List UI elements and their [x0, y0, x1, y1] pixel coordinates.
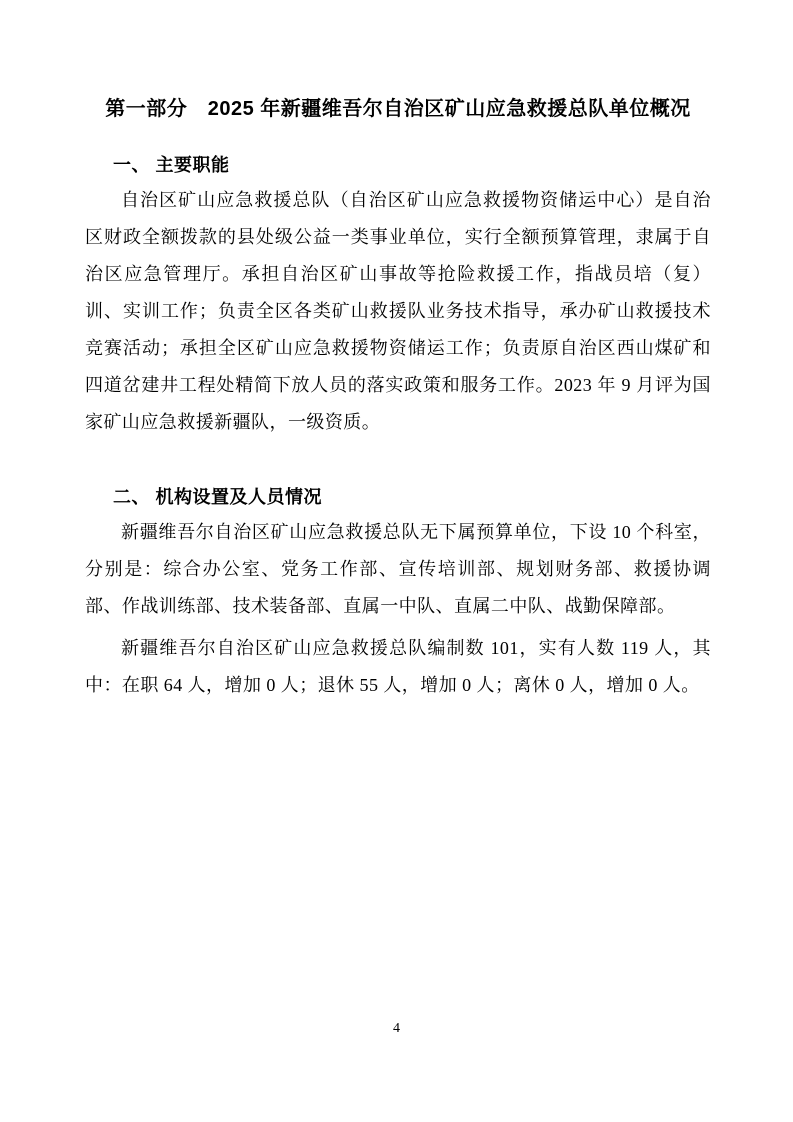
document-page: 第一部分 2025 年新疆维吾尔自治区矿山应急救援总队单位概况 一、 主要职能 …	[0, 0, 793, 1122]
page-number: 4	[0, 1020, 793, 1038]
section-main-duties: 一、 主要职能 自治区矿山应急救援总队（自治区矿山应急救援物资储运中心）是自治区…	[85, 153, 711, 441]
section-2-paragraph-2: 新疆维吾尔自治区矿山应急救援总队编制数 101，实有人数 119 人，其中：在职…	[85, 630, 711, 704]
section-org-and-staff: 二、 机构设置及人员情况 新疆维吾尔自治区矿山应急救援总队无下属预算单位，下设 …	[85, 485, 711, 704]
section-2-heading: 二、 机构设置及人员情况	[85, 485, 711, 509]
section-2-paragraph-1: 新疆维吾尔自治区矿山应急救援总队无下属预算单位，下设 10 个科室，分别是：综合…	[85, 514, 711, 625]
page-title: 第一部分 2025 年新疆维吾尔自治区矿山应急救援总队单位概况	[85, 96, 711, 123]
section-1-heading: 一、 主要职能	[85, 153, 711, 177]
document-content: 第一部分 2025 年新疆维吾尔自治区矿山应急救援总队单位概况 一、 主要职能 …	[85, 0, 711, 704]
section-1-paragraph-1: 自治区矿山应急救援总队（自治区矿山应急救援物资储运中心）是自治区财政全额拨款的县…	[85, 182, 711, 441]
